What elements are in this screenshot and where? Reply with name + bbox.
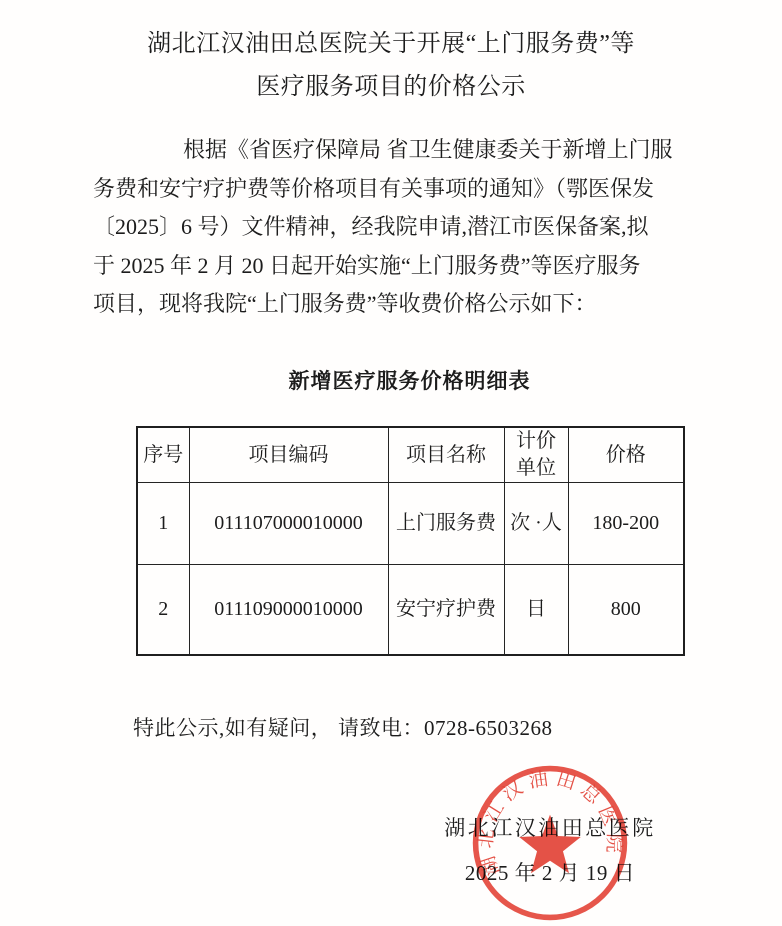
- cell-code: 011109000010000: [189, 565, 388, 656]
- header-cell-unit: 计价单位: [504, 427, 568, 483]
- cell-no: 1: [137, 483, 189, 565]
- document-title: 湖北江汉油田总医院关于开展“上门服务费”等 医疗服务项目的价格公示: [0, 23, 782, 109]
- price-table: 序号 项目编码 项目名称 计价单位 价格 1 011107000010000 上…: [136, 426, 685, 656]
- table-row: 1 011107000010000 上门服务费 次 ·人 180-200: [137, 483, 684, 565]
- table-caption: 新增医疗服务价格明细表: [136, 365, 683, 395]
- body-line: 项目，现将我院“上门服务费”等收费价格公示如下：: [93, 285, 673, 324]
- table-row: 2 011109000010000 安宁疗护费 日 800: [137, 565, 684, 656]
- body-line: 〔2025〕6 号）文件精神，经我院申请,潜江市医保备案,拟: [93, 208, 673, 247]
- cell-unit: 日: [504, 565, 568, 656]
- cell-code: 011107000010000: [189, 483, 388, 565]
- cell-price: 180-200: [568, 483, 684, 565]
- title-line-1: 湖北江汉油田总医院关于开展“上门服务费”等: [0, 23, 782, 66]
- body-line: 务费和安宁疗护费等价格项目有关事项的通知》（鄂医保发: [93, 170, 673, 209]
- signature-block: 湖北江汉油田总医院 2025 年 2 月 19 日: [430, 812, 670, 887]
- header-cell-name: 项目名称: [388, 427, 504, 483]
- body-paragraph: 根据《省医疗保障局 省卫生健康委关于新增上门服 务费和安宁疗护费等价格项目有关事…: [93, 131, 673, 324]
- header-cell-no: 序号: [137, 427, 189, 483]
- body-line: 根据《省医疗保障局 省卫生健康委关于新增上门服: [93, 131, 673, 170]
- cell-name: 上门服务费: [388, 483, 504, 565]
- cell-no: 2: [137, 565, 189, 656]
- header-cell-price: 价格: [568, 427, 684, 483]
- title-line-2: 医疗服务项目的价格公示: [0, 66, 782, 109]
- signature-org: 湖北江汉油田总医院: [430, 812, 670, 842]
- cell-name: 安宁疗护费: [388, 565, 504, 656]
- table-header-row: 序号 项目编码 项目名称 计价单位 价格: [137, 427, 684, 483]
- notice-line: 特此公示,如有疑问， 请致电：0728-6503268: [133, 712, 553, 742]
- header-cell-code: 项目编码: [189, 427, 388, 483]
- cell-price: 800: [568, 565, 684, 656]
- signature-date: 2025 年 2 月 19 日: [430, 857, 670, 887]
- document-page: 湖北江汉油田总医院关于开展“上门服务费”等 医疗服务项目的价格公示 根据《省医疗…: [0, 0, 782, 926]
- cell-unit: 次 ·人: [504, 483, 568, 565]
- body-line: 于 2025 年 2 月 20 日起开始实施“上门服务费”等医疗服务: [93, 247, 673, 286]
